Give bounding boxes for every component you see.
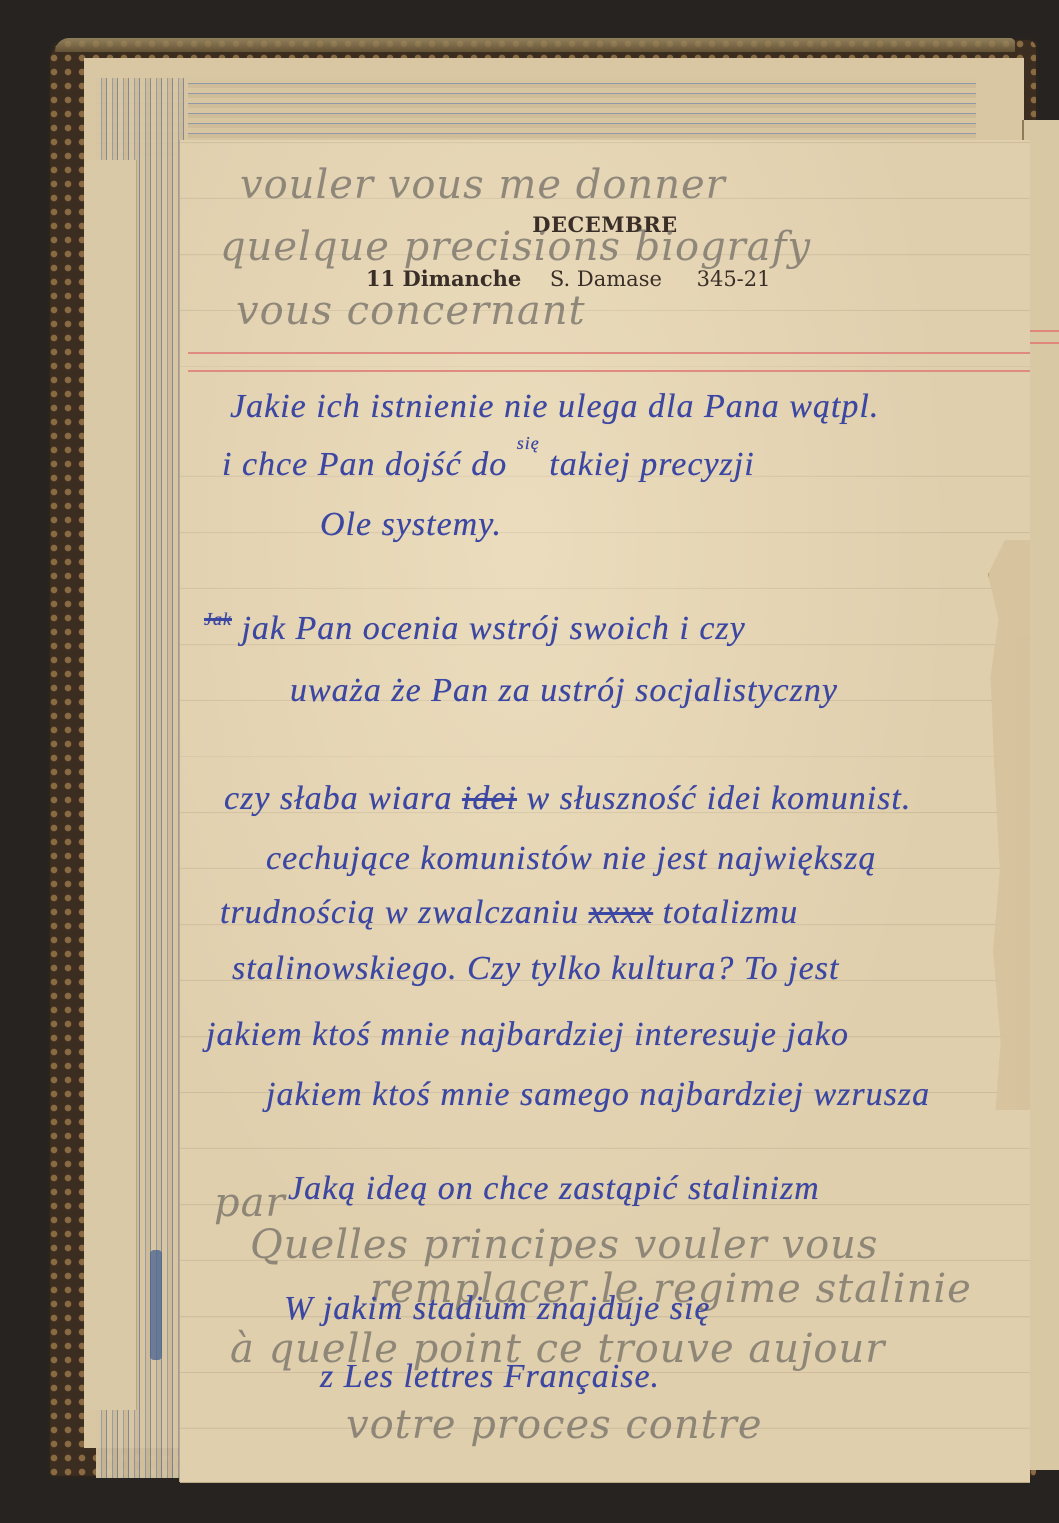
red-rule-top	[188, 352, 1030, 354]
ink-note-line: Jak jak Pan ocenia wstrój swoich i czy	[204, 610, 746, 648]
ink-text: jak Pan ocenia wstrój swoich i czy	[241, 610, 745, 647]
ink-note-line: W jakim stadium znajduje się	[284, 1290, 711, 1328]
ink-note-line: jakiem ktoś mnie samego najbardziej wzru…	[266, 1076, 930, 1114]
ink-note-line: czy słaba wiara idei w słuszność idei ko…	[224, 780, 911, 818]
pencil-note-line: quelque precisions biografy	[220, 224, 811, 270]
ink-stain	[150, 1250, 162, 1360]
ink-note-line: Ole systemy.	[320, 506, 502, 544]
inserted-sheet	[84, 160, 136, 1410]
ink-note-line: cechujące komunistów nie jest największą	[266, 840, 876, 878]
pencil-note-line: vous concernant	[236, 288, 586, 334]
diary-page: DECEMBRE 11 Dimanche S. Damase 345-21 vo…	[180, 140, 1030, 1482]
cover-top-edge	[55, 38, 1015, 52]
ink-superscript: się	[517, 433, 540, 453]
ink-text: takiej precyzji	[549, 446, 754, 483]
ink-note-line: Jaką ideą on chce zastąpić stalinizm	[288, 1170, 820, 1208]
ink-struck-word: xxxx	[589, 894, 653, 931]
ink-note-line: stalinowskiego. Czy tylko kultura? To je…	[232, 950, 839, 988]
ink-struck-word: idei	[462, 780, 517, 817]
pencil-note-line: votre proces contre	[346, 1402, 763, 1448]
ink-text: i chce Pan dojść do	[222, 446, 507, 483]
red-rule-bottom	[188, 370, 1030, 372]
ink-text: w słuszność idei komunist.	[526, 780, 911, 817]
torn-edge	[988, 540, 1030, 1110]
ink-note-line: z Les lettres Française.	[320, 1358, 660, 1396]
pencil-note-line: Quelles principes vouler vous	[250, 1222, 878, 1268]
header-day-number: 345-21	[697, 267, 771, 291]
ink-note-line: Jakie ich istnienie nie ulega dla Pana w…	[230, 388, 879, 426]
ink-note-line: trudnością w zwalczaniu xxxx totalizmu	[220, 894, 798, 932]
ink-note-line: i chce Pan dojść do się takiej precyzji	[222, 446, 755, 484]
pencil-note-line: par	[214, 1180, 286, 1226]
ink-struck-word: Jak	[204, 609, 232, 629]
ink-text: totalizmu	[663, 894, 799, 931]
ink-text: czy słaba wiara	[224, 780, 452, 817]
ink-text: trudnością w zwalczaniu	[220, 894, 579, 931]
ink-note-line: uważa że Pan za ustrój socjalistyczny	[290, 672, 838, 710]
ink-note-line: jakiem ktoś mnie najbardziej interesuje …	[206, 1016, 849, 1054]
pencil-note-line: vouler vous me donner	[240, 162, 726, 208]
